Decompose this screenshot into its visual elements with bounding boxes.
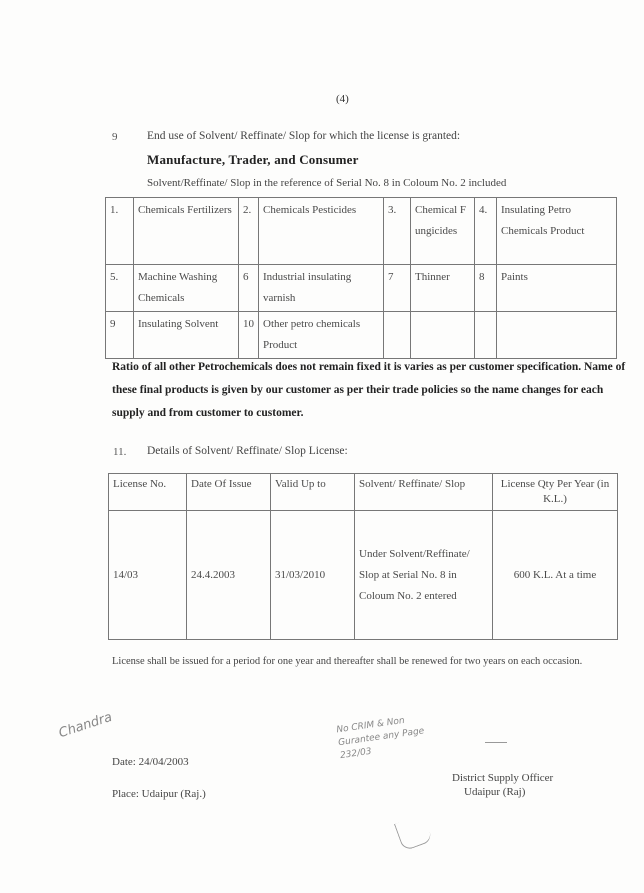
products-table: 1. Chemicals Fertilizers 2. Chemicals Pe…	[105, 197, 617, 359]
signature-right	[485, 742, 507, 744]
ratio-note: Ratio of all other Petrochemicals does n…	[112, 356, 632, 425]
section-9-heading: Manufacture, Trader, and Consumer	[147, 152, 359, 168]
table-row: 14/03 24.4.2003 31/03/2010 Under Solvent…	[109, 511, 618, 640]
table-header-row: License No. Date Of Issue Valid Up to So…	[109, 474, 618, 511]
section-11-number: 11.	[113, 446, 126, 458]
section-9-number: 9	[112, 131, 118, 143]
page-number: (4)	[336, 93, 349, 105]
table-row: 5. Machine Washing Chemicals 6 Industria…	[106, 265, 617, 312]
footer-place: Place: Udaipur (Raj.)	[112, 788, 206, 800]
license-note: License shall be issued for a period for…	[112, 655, 592, 668]
license-table: License No. Date Of Issue Valid Up to So…	[108, 473, 618, 640]
section-11-title: Details of Solvent/ Reffinate/ Slop Lice…	[147, 445, 348, 457]
table-row: 1. Chemicals Fertilizers 2. Chemicals Pe…	[106, 198, 617, 265]
section-9-title: End use of Solvent/ Reffinate/ Slop for …	[147, 130, 460, 142]
handwritten-note: No CRIM & Non Gurantee any Page 232/03	[336, 712, 431, 763]
officer-location: Udaipur (Raj)	[464, 786, 525, 798]
signature-left: Chandra	[57, 710, 114, 741]
section-9-subtitle: Solvent/Reffinate/ Slop in the reference…	[147, 177, 506, 189]
officer-title: District Supply Officer	[452, 772, 553, 784]
handwritten-signature-mark	[394, 814, 433, 852]
footer-date: Date: 24/04/2003	[112, 756, 189, 768]
table-row: 9 Insulating Solvent 10 Other petro chem…	[106, 312, 617, 359]
